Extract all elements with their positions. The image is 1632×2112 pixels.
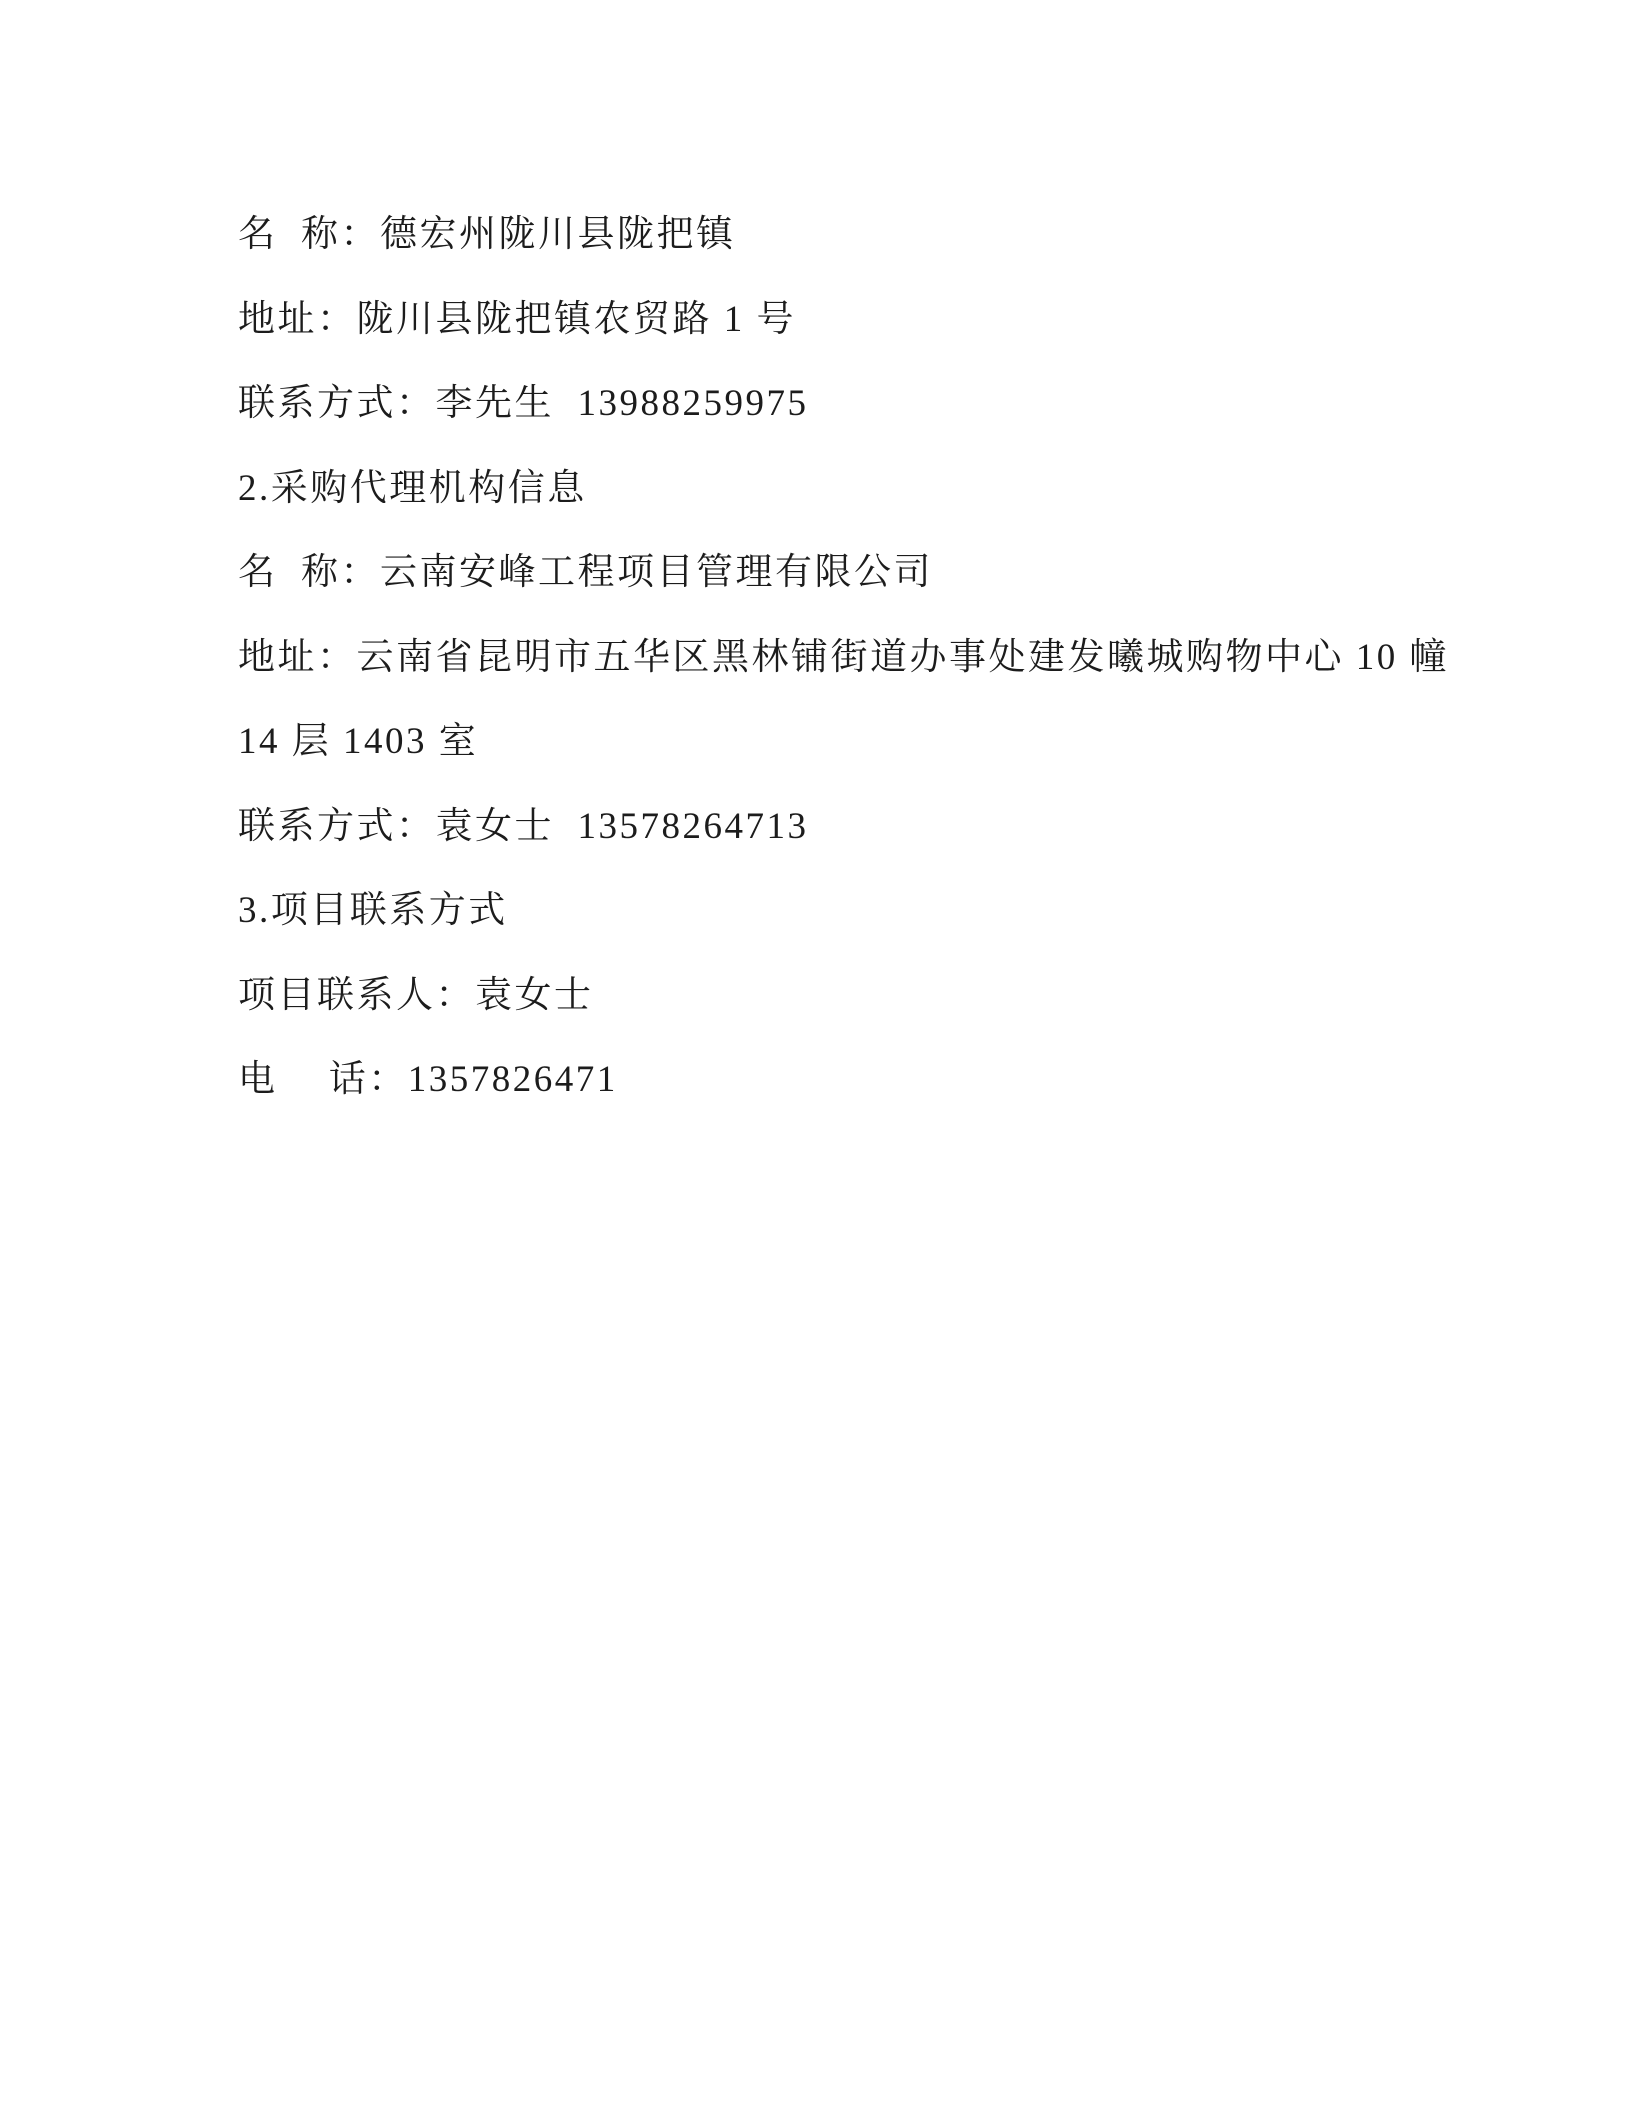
doc-line-purchaser-address: 地址：陇川县陇把镇农贸路 1 号 — [238, 278, 1512, 363]
doc-line-agency-address-1: 地址：云南省昆明市五华区黑林铺街道办事处建发曦城购物中心 10 幢 — [238, 616, 1512, 701]
document-text-block: 名 称：德宏州陇川县陇把镇 地址：陇川县陇把镇农贸路 1 号 联系方式：李先生 … — [238, 193, 1512, 1123]
doc-line-section-3-heading: 3.项目联系方式 — [238, 869, 1512, 954]
document-page: 名 称：德宏州陇川县陇把镇 地址：陇川县陇把镇农贸路 1 号 联系方式：李先生 … — [0, 0, 1632, 2112]
doc-line-agency-contact: 联系方式：袁女士 13578264713 — [238, 785, 1512, 870]
doc-line-project-contact-person: 项目联系人：袁女士 — [238, 954, 1512, 1039]
doc-line-agency-name: 名 称：云南安峰工程项目管理有限公司 — [238, 531, 1512, 616]
doc-line-purchaser-name: 名 称：德宏州陇川县陇把镇 — [238, 193, 1512, 278]
doc-line-section-2-heading: 2.采购代理机构信息 — [238, 447, 1512, 532]
doc-line-agency-address-2: 14 层 1403 室 — [238, 700, 1512, 785]
doc-line-purchaser-contact: 联系方式：李先生 13988259975 — [238, 362, 1512, 447]
doc-line-project-contact-phone: 电 话：1357826471 — [238, 1038, 1512, 1123]
